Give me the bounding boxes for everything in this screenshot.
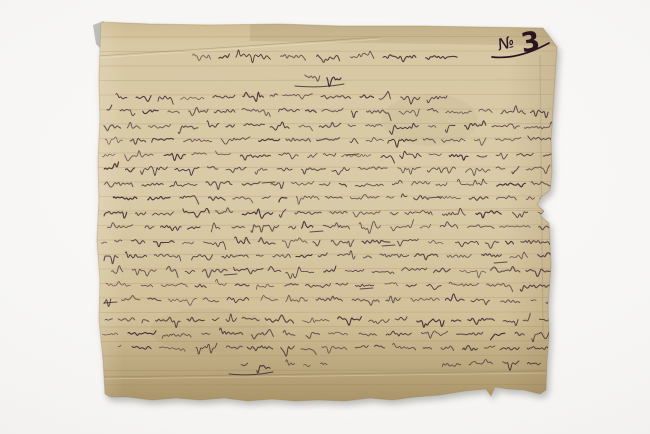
paper-stain <box>0 345 40 385</box>
letter-photo-canvas: № 3 <box>0 0 650 434</box>
paper-stain <box>150 308 270 352</box>
paper-right-darkening <box>505 20 560 410</box>
photo-of-handwritten-letter: № 3 <box>0 0 650 434</box>
paper-left-highlight <box>90 20 124 410</box>
